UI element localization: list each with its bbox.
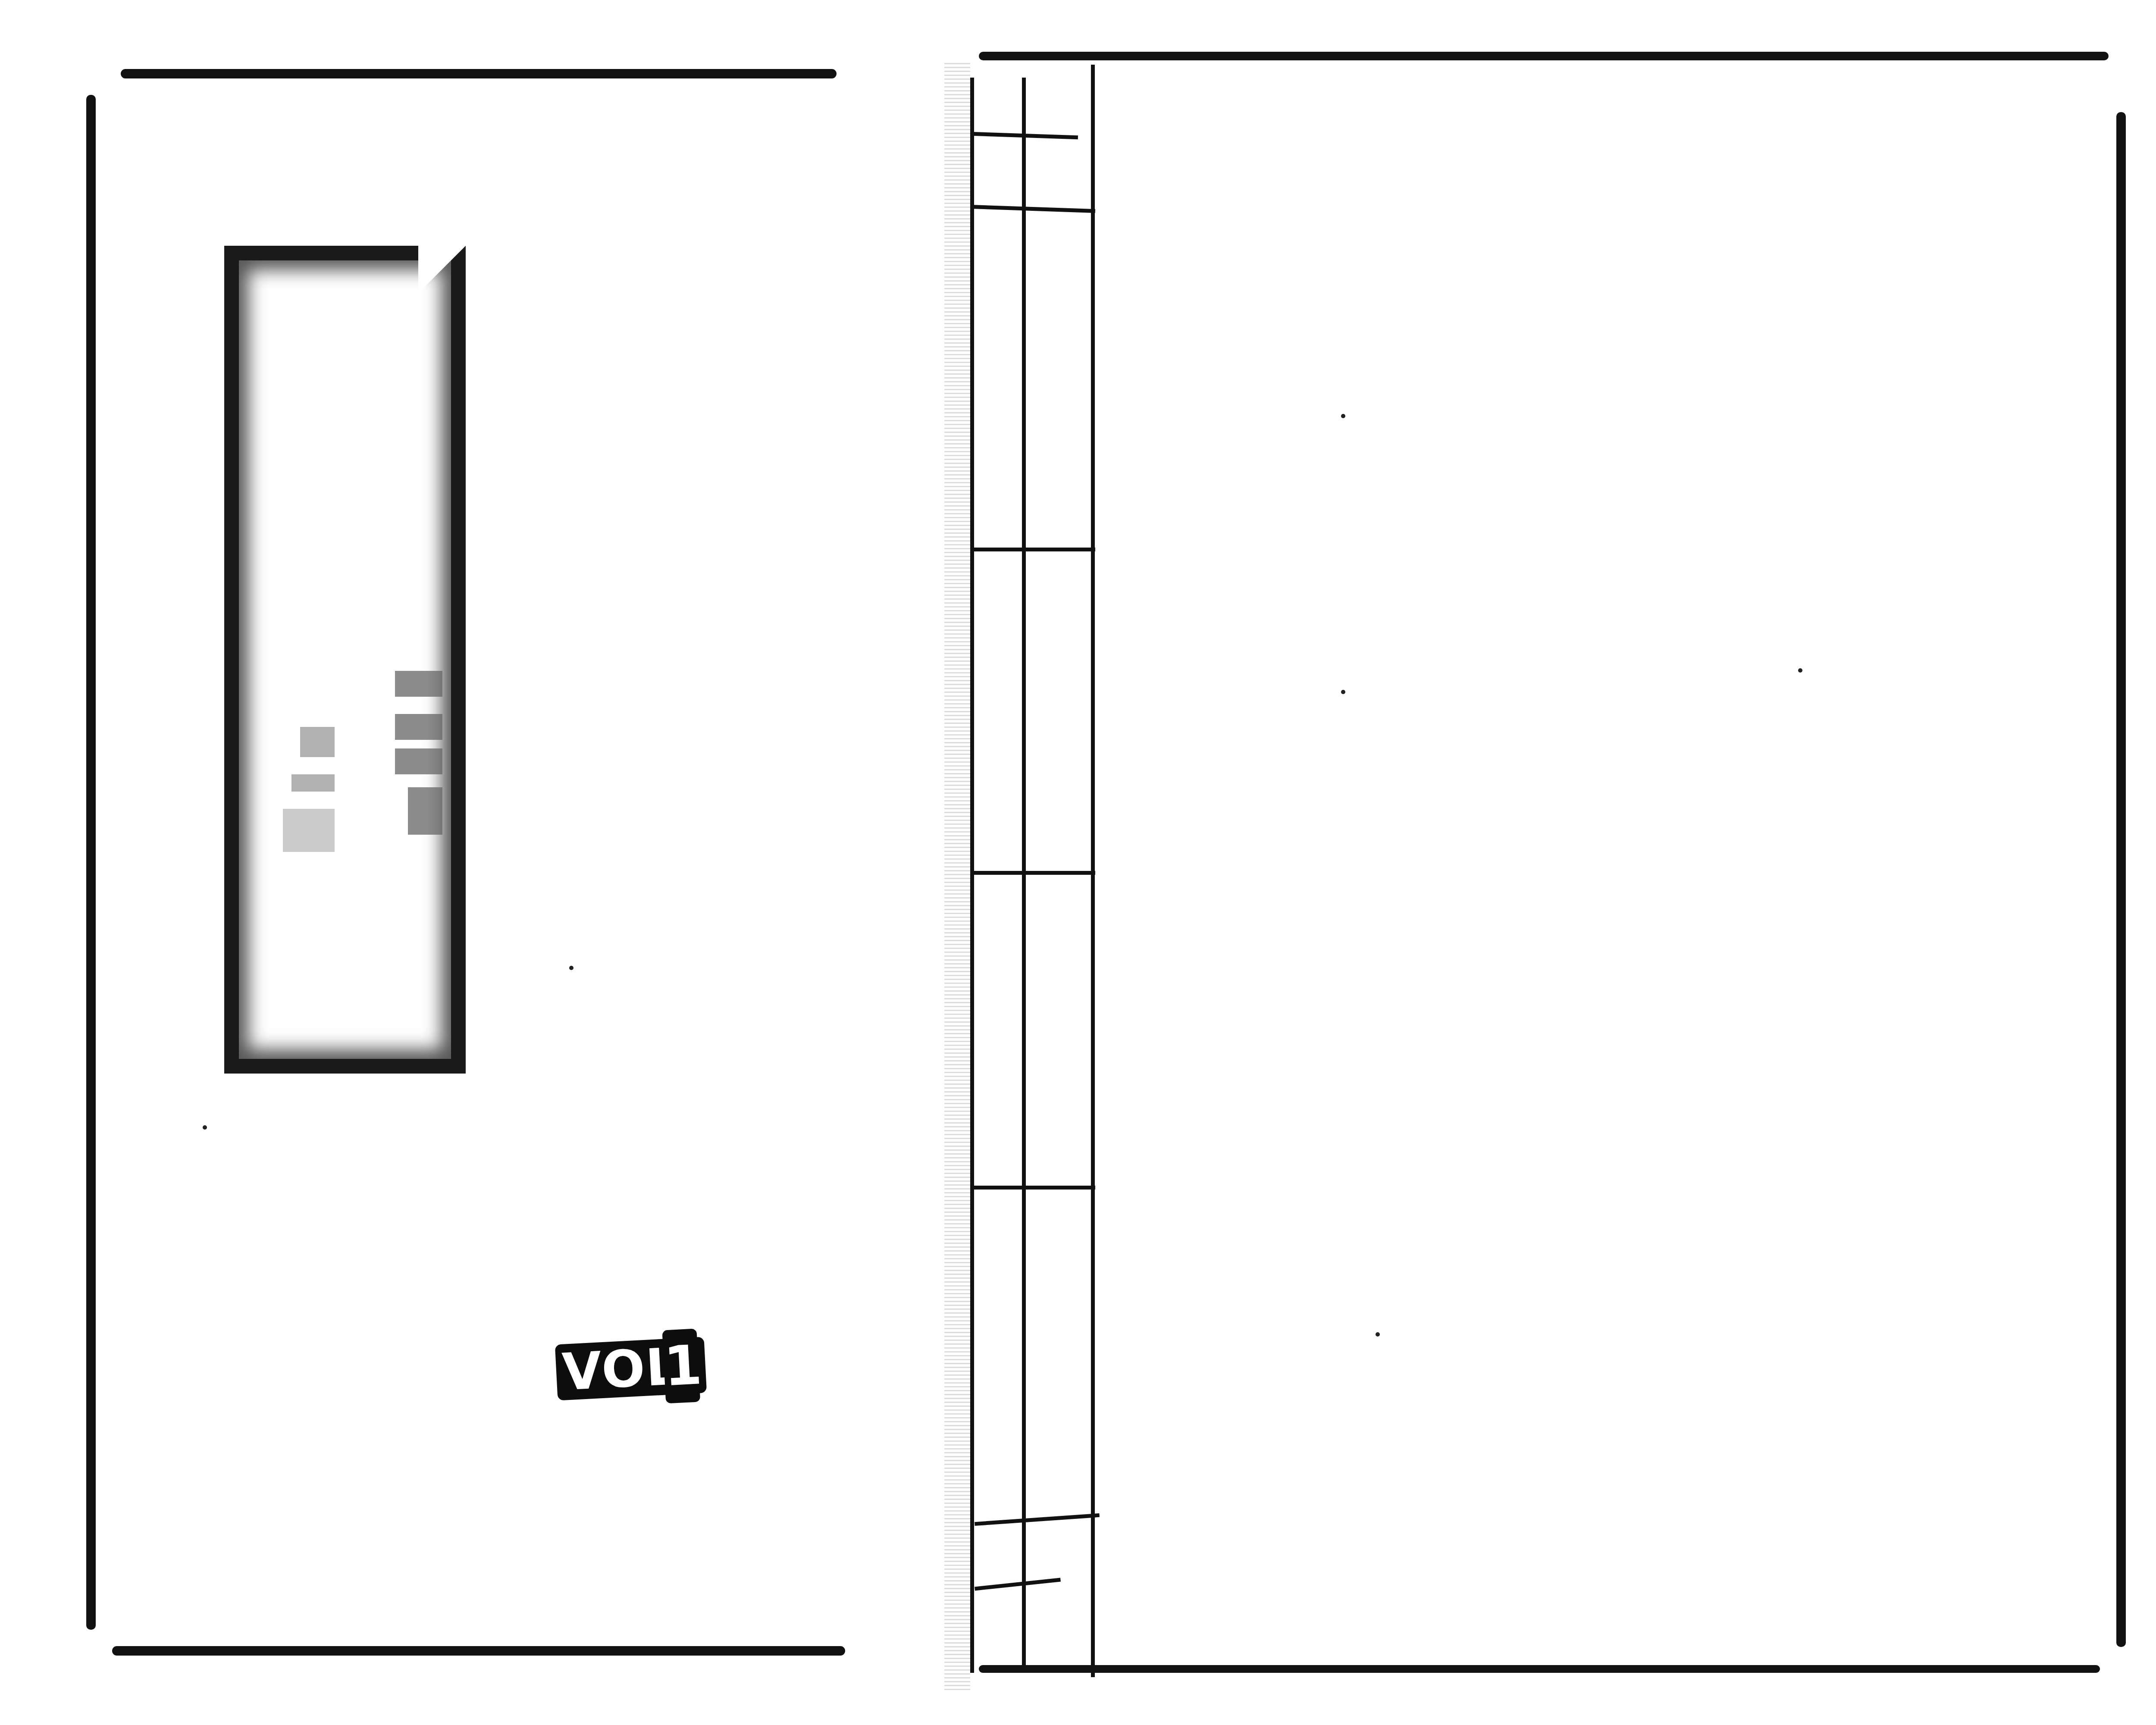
stitch	[970, 871, 1095, 875]
stitch	[970, 548, 1095, 551]
back-cover	[962, 52, 2126, 1690]
title-slip	[224, 246, 466, 1074]
stitch	[970, 1186, 1095, 1190]
volume-label: VOL. 1	[555, 1328, 700, 1409]
cover-edge-left	[86, 95, 96, 1630]
spine-thread-center	[1022, 78, 1026, 1673]
cover-edge-right	[2116, 112, 2126, 1647]
scanned-page: VOL. 1	[0, 0, 2156, 1725]
cover-edge-top	[121, 69, 837, 78]
stitch	[970, 205, 1095, 213]
curled-corner	[418, 246, 466, 293]
stitch	[975, 1513, 1100, 1526]
spine-thread-left	[970, 78, 974, 1673]
faded-title-characters	[266, 645, 447, 1024]
stitched-spine	[962, 60, 1117, 1690]
front-cover: VOL. 1	[86, 69, 854, 1656]
cover-edge-bottom	[979, 1665, 2100, 1673]
cover-edge-top	[979, 52, 2109, 60]
volume-number: 1	[662, 1328, 700, 1403]
cover-edge-bottom	[112, 1646, 845, 1656]
stitch	[975, 1578, 1061, 1591]
